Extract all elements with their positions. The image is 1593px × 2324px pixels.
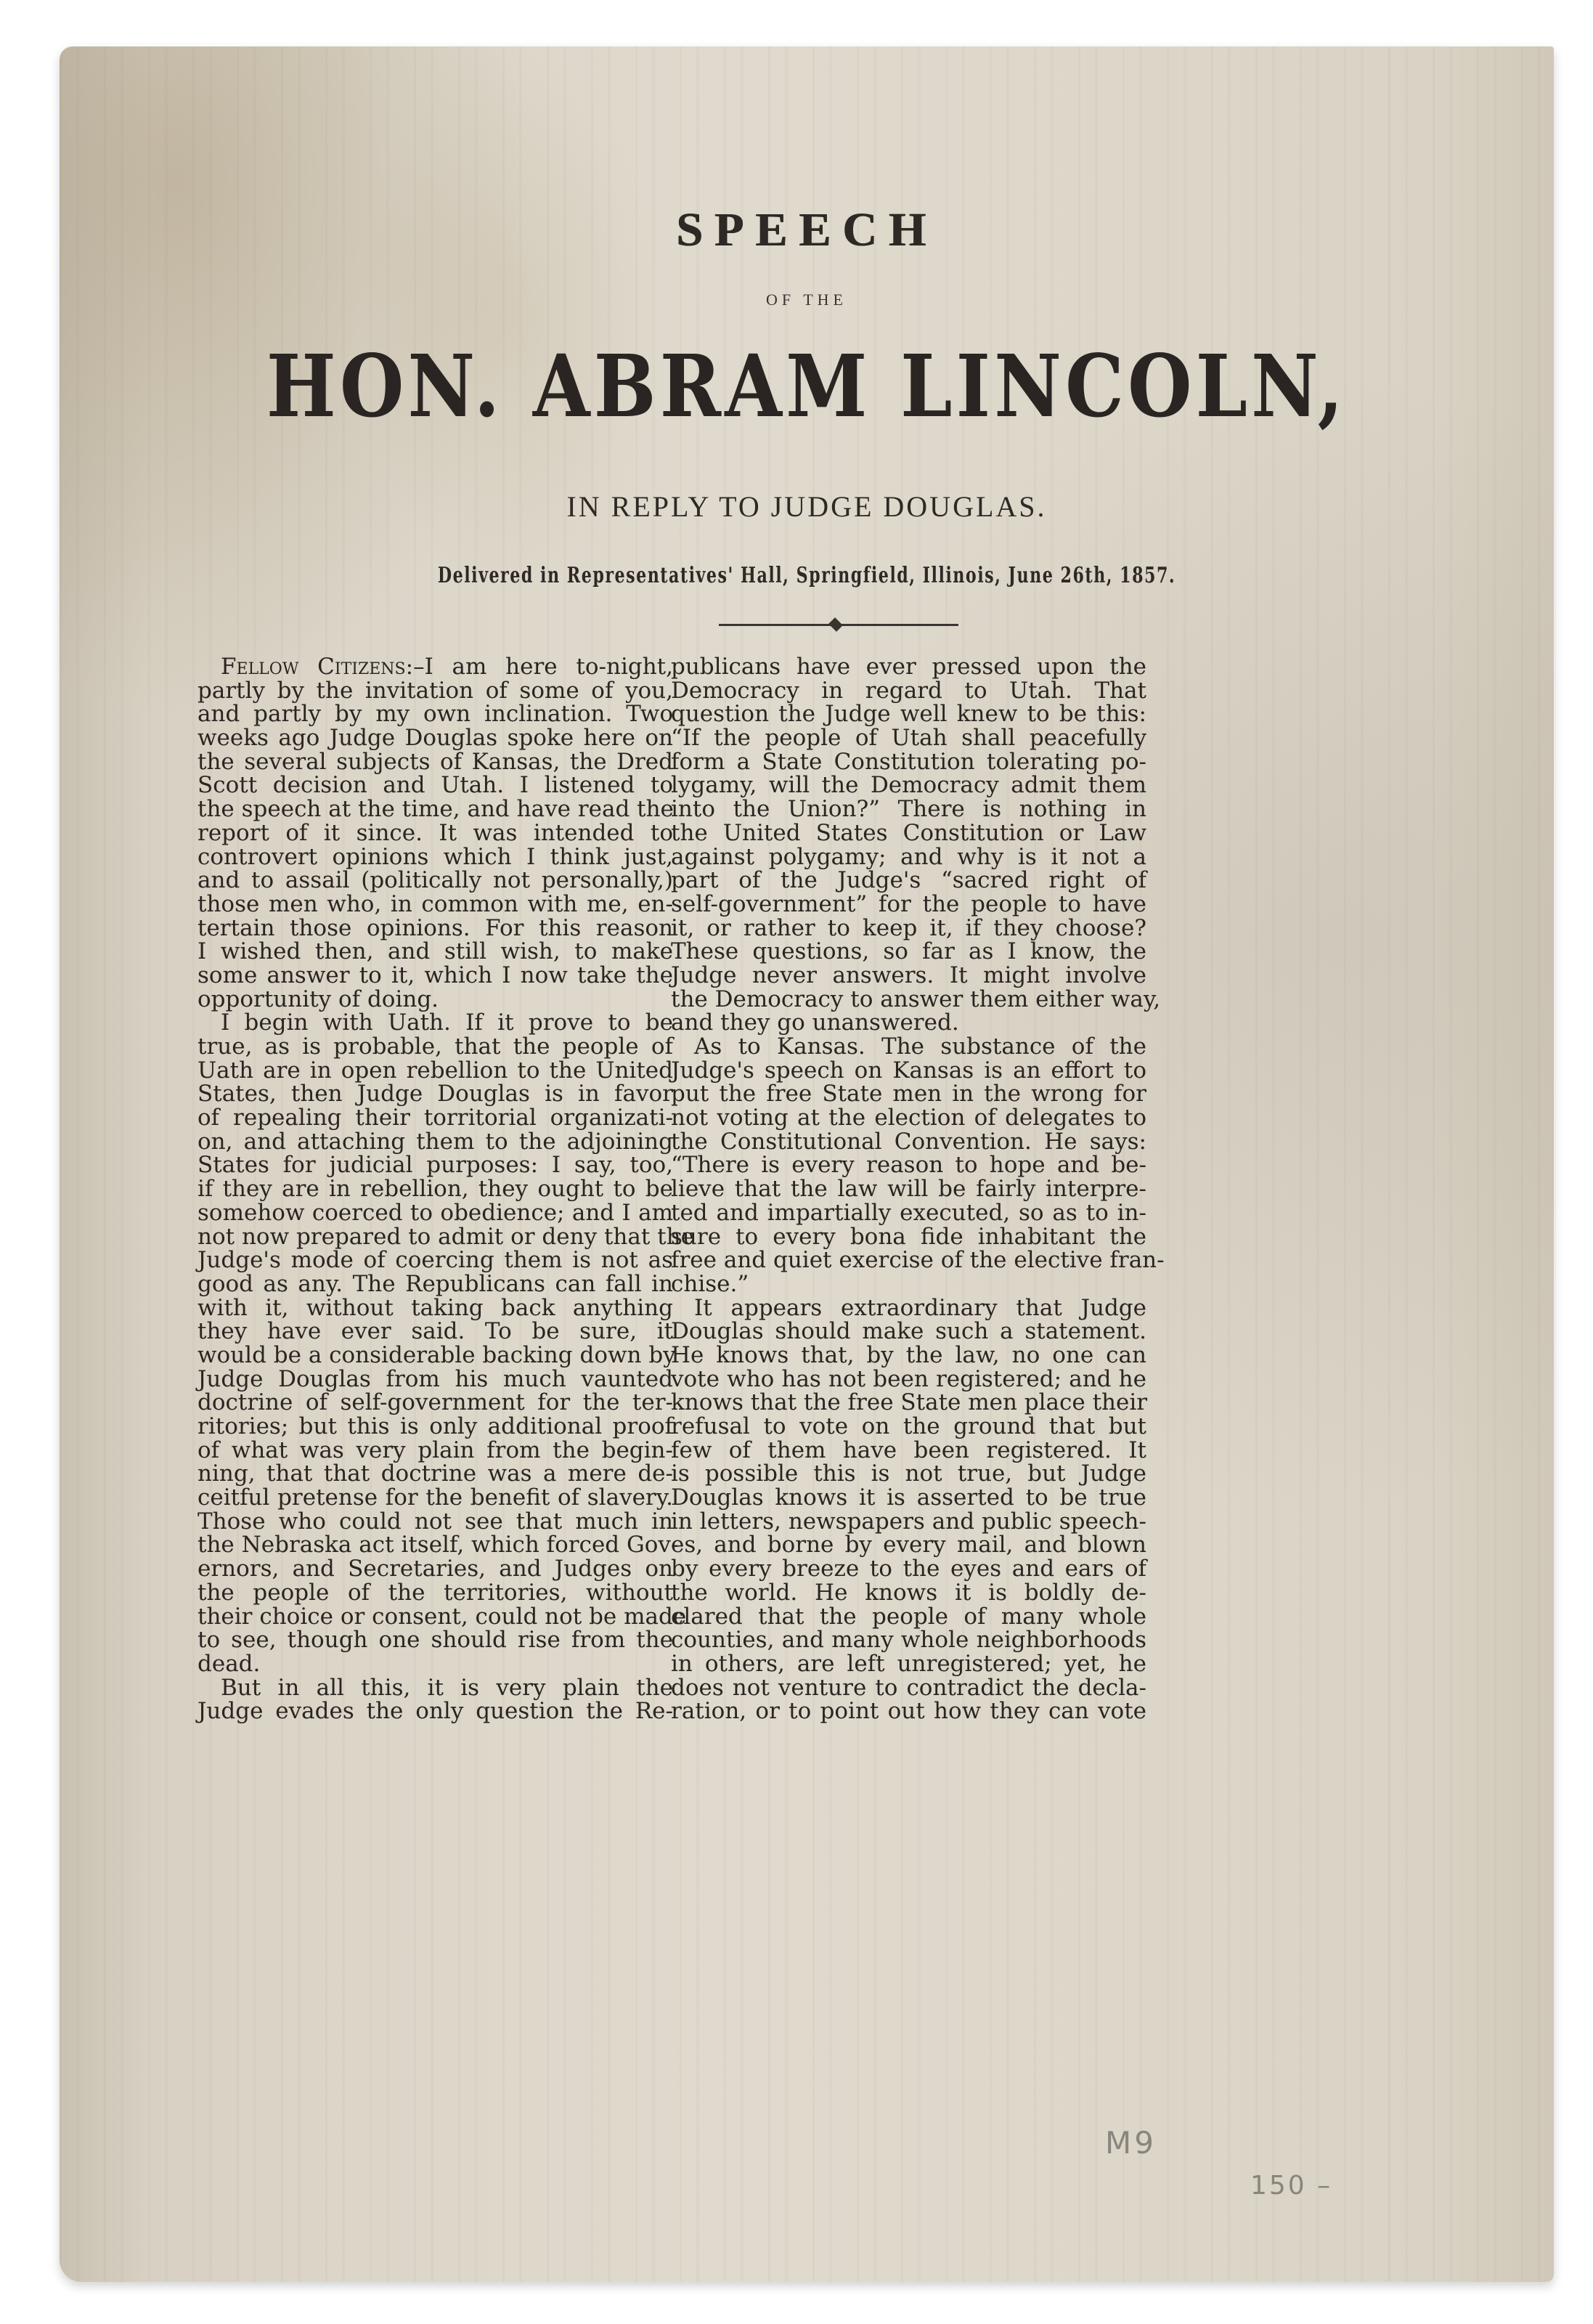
text-line: their choice or consent, could not be ma… xyxy=(197,1605,673,1629)
text-line: on, and attaching them to the adjoining xyxy=(197,1130,673,1154)
text-line: Judge's mode of coercing them is not as xyxy=(197,1248,673,1272)
text-line: knows that the free State men place thei… xyxy=(671,1391,1146,1415)
text-line: “If the people of Utah shall peacefully xyxy=(671,726,1146,750)
text-line: controvert opinions which I think just, xyxy=(197,845,673,869)
text-line: part of the Judge's “sacred right of xyxy=(671,869,1146,893)
text-line: vote who has not been registered; and he xyxy=(671,1368,1146,1391)
heading-speaker-name: HON. ABRAM LINCOLN, xyxy=(164,336,1449,436)
text-line: those men who, in common with me, en- xyxy=(197,893,673,917)
text-line: “There is every reason to hope and be- xyxy=(671,1153,1146,1177)
text-line: with it, without taking back anything xyxy=(197,1296,673,1320)
text-line: it, or rather to keep it, if they choose… xyxy=(671,917,1146,940)
text-line: Judge's speech on Kansas is an effort to xyxy=(671,1059,1146,1083)
text-line: does not venture to contradict the decla… xyxy=(671,1676,1146,1700)
text-line: by every breeze to the eyes and ears of xyxy=(671,1557,1146,1581)
text-line: if they are in rebellion, they ought to … xyxy=(197,1177,673,1201)
text-line: the world. He knows it is boldly de- xyxy=(671,1581,1146,1605)
text-line: into the Union?” There is nothing in xyxy=(671,797,1146,821)
heading-speech: SPEECH xyxy=(60,203,1554,258)
ornamental-rule xyxy=(719,620,958,629)
text-line: Uath are in open rebellion to the United xyxy=(197,1059,673,1083)
text-line: the Constitutional Convention. He says: xyxy=(671,1130,1146,1154)
text-line: ceitful pretense for the benefit of slav… xyxy=(197,1486,673,1510)
text-line: Judge evades the only question the Re- xyxy=(197,1699,673,1723)
text-line: of repealing their torritorial organizat… xyxy=(197,1106,673,1130)
text-line: free and quiet exercise of the elective … xyxy=(671,1248,1146,1272)
text-line: Judge Douglas from his much vaunted xyxy=(197,1368,673,1391)
rule-ornament-icon xyxy=(828,617,843,632)
pencil-annotation-price: 150 – xyxy=(1250,2171,1332,2201)
text-line: in others, are left unregistered; yet, h… xyxy=(671,1652,1146,1676)
text-line: publicans have ever pressed upon the xyxy=(671,655,1146,679)
text-line: the people of the territories, without xyxy=(197,1581,673,1605)
heading-delivered-line: Delivered in Representatives' Hall, Spri… xyxy=(254,563,1360,588)
text-line: form a State Constitution tolerating po- xyxy=(671,750,1146,774)
text-line: States, then Judge Douglas is in favor xyxy=(197,1082,673,1106)
text-line: against polygamy; and why is it not a xyxy=(671,845,1146,869)
text-line: the Democracy to answer them either way, xyxy=(671,988,1146,1012)
text-line: not voting at the election of delegates … xyxy=(671,1106,1146,1130)
text-line: would be a considerable backing down by xyxy=(197,1344,673,1368)
text-line: Those who could not see that much in xyxy=(197,1510,673,1534)
text-line: the speech at the time, and have read th… xyxy=(197,797,673,821)
text-line: put the free State men in the wrong for xyxy=(671,1082,1146,1106)
text-line: the Nebraska act itself, which forced Go… xyxy=(197,1533,673,1557)
text-line: and they go unanswered. xyxy=(671,1011,1146,1035)
heading-subtitle: IN REPLY TO JUDGE DOUGLAS. xyxy=(60,489,1554,524)
text-line: is possible this is not true, but Judge xyxy=(671,1462,1146,1486)
text-line: Douglas knows it is asserted to be true xyxy=(671,1486,1146,1510)
text-line: dead. xyxy=(197,1652,673,1676)
text-line: He knows that, by the law, no one can xyxy=(671,1344,1146,1368)
text-column-left: Fellow Citizens:–I am here to-night,part… xyxy=(197,655,673,1723)
text-line: ritories; but this is only additional pr… xyxy=(197,1415,673,1439)
text-line: But in all this, it is very plain the xyxy=(197,1676,673,1700)
text-line: lieve that the law will be fairly interp… xyxy=(671,1177,1146,1201)
broadside-sheet: SPEECH OF THE HON. ABRAM LINCOLN, IN REP… xyxy=(60,46,1554,2282)
text-line: the United States Constitution or Law xyxy=(671,821,1146,845)
text-line: ted and impartially executed, so as to i… xyxy=(671,1201,1146,1225)
text-column-right: publicans have ever pressed upon theDemo… xyxy=(671,655,1146,1723)
text-line: and partly by my own inclination. Two xyxy=(197,702,673,726)
text-line: ernors, and Secretaries, and Judges on xyxy=(197,1557,673,1581)
text-line: I wished then, and still wish, to make xyxy=(197,940,673,964)
text-line: tertain those opinions. For this reason xyxy=(197,917,673,940)
text-line: opportunity of doing. xyxy=(197,988,673,1012)
text-line: self-government” for the people to have xyxy=(671,893,1146,917)
text-line: refusal to vote on the ground that but xyxy=(671,1415,1146,1439)
text-line: weeks ago Judge Douglas spoke here on xyxy=(197,726,673,750)
text-line: and to assail (politically not personall… xyxy=(197,869,673,893)
text-line: Democracy in regard to Utah. That xyxy=(671,679,1146,703)
heading-of-the: OF THE xyxy=(60,290,1554,309)
text-line: doctrine of self-government for the ter- xyxy=(197,1391,673,1415)
text-line: sure to every bona fide inhabitant the xyxy=(671,1225,1146,1249)
text-line: clared that the people of many whole xyxy=(671,1605,1146,1629)
text-line: somehow coerced to obedience; and I am xyxy=(197,1201,673,1225)
text-line: These questions, so far as I know, the xyxy=(671,940,1146,964)
text-line: chise.” xyxy=(671,1272,1146,1296)
text-line: good as any. The Republicans can fall in xyxy=(197,1272,673,1296)
text-line: States for judicial purposes: I say, too… xyxy=(197,1153,673,1177)
text-line: some answer to it, which I now take the xyxy=(197,964,673,988)
text-line: not now prepared to admit or deny that t… xyxy=(197,1225,673,1249)
text-line: partly by the invitation of some of you, xyxy=(197,679,673,703)
text-line: true, as is probable, that the people of xyxy=(197,1035,673,1059)
text-line: few of them have been registered. It xyxy=(671,1439,1146,1463)
pencil-annotation-m9: M9 xyxy=(1105,2125,1157,2161)
text-line: in letters, newspapers and public speech… xyxy=(671,1510,1146,1534)
text-line: I begin with Uath. If it prove to be xyxy=(197,1011,673,1035)
salutation: Fellow Citizens: xyxy=(221,654,413,680)
text-line: Douglas should make such a statement. xyxy=(671,1320,1146,1344)
text-line: As to Kansas. The substance of the xyxy=(671,1035,1146,1059)
text-line: to see, though one should rise from the xyxy=(197,1628,673,1652)
text-line: It appears extraordinary that Judge xyxy=(671,1296,1146,1320)
text-line: Fellow Citizens:–I am here to-night, xyxy=(197,655,673,679)
document-content: SPEECH OF THE HON. ABRAM LINCOLN, IN REP… xyxy=(60,46,1554,2282)
text-line: question the Judge well knew to be this: xyxy=(671,702,1146,726)
text-line: report of it since. It was intended to xyxy=(197,821,673,845)
text-line: of what was very plain from the begin- xyxy=(197,1439,673,1463)
text-line: counties, and many whole neighborhoods xyxy=(671,1628,1146,1652)
text-line: Judge never answers. It might involve xyxy=(671,964,1146,988)
text-line: the several subjects of Kansas, the Dred xyxy=(197,750,673,774)
text-line: Scott decision and Utah. I listened to xyxy=(197,773,673,797)
text-line: lygamy, will the Democracy admit them xyxy=(671,773,1146,797)
text-line: es, and borne by every mail, and blown xyxy=(671,1533,1146,1557)
text-line: they have ever said. To be sure, it xyxy=(197,1320,673,1344)
text-line: ning, that that doctrine was a mere de- xyxy=(197,1462,673,1486)
text-line: ration, or to point out how they can vot… xyxy=(671,1699,1146,1723)
